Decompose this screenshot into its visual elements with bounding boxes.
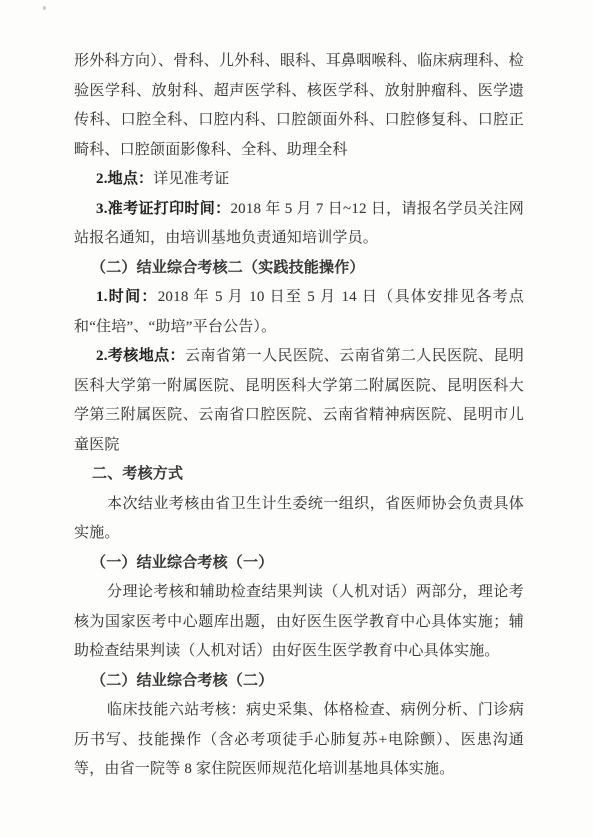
sub-heading-assessment-two: （二）结业综合考核二（实践技能操作） [74, 254, 524, 284]
paragraph-specialty-list: 形外科方向）、骨科、儿外科、眼科、耳鼻咽喉科、临床病理科、检验医学科、放射科、超… [74, 47, 524, 165]
item-text-location: 详见准考证 [153, 171, 229, 187]
numbered-item-exam-sites: 2.考核地点：云南省第一人民医院、云南省第二人民医院、昆明医科大学第一附属医院、… [74, 342, 524, 460]
item-label-location: 2.地点： [96, 171, 153, 187]
item-label-time: 1.时间： [96, 289, 158, 305]
scan-speck [43, 6, 46, 10]
numbered-item-time: 1.时间：2018 年 5 月 10 日至 5 月 14 日（具体安排见各考点和… [74, 283, 524, 342]
document-content: 形外科方向）、骨科、儿外科、眼科、耳鼻咽喉科、临床病理科、检验医学科、放射科、超… [74, 47, 524, 785]
numbered-item-location: 2.地点：详见准考证 [74, 165, 524, 195]
sub-heading-comprehensive-two: （二）结业综合考核（二） [74, 667, 524, 697]
item-label-exam-sites: 2.考核地点： [96, 348, 185, 364]
paragraph-theory-assessment: 分理论考核和辅助检查结果判读（人机对话）两部分，理论考核为国家医考中心题库出题，… [74, 578, 524, 667]
scanned-document-page: 形外科方向）、骨科、儿外科、眼科、耳鼻咽喉科、临床病理科、检验医学科、放射科、超… [0, 0, 593, 837]
paragraph-clinical-skills: 临床技能六站考核：病史采集、体格检查、病例分析、门诊病历书写、技能操作（含必考项… [74, 696, 524, 785]
section-heading-assessment-method: 二、考核方式 [74, 460, 524, 490]
sub-heading-comprehensive-one: （一）结业综合考核（一） [74, 549, 524, 579]
paragraph-organizer: 本次结业考核由省卫生计生委统一组织，省医师协会负责具体实施。 [74, 490, 524, 549]
numbered-item-ticket-print-time: 3.准考证打印时间：2018 年 5 月 7 日~12 日，请报名学员关注网站报… [74, 195, 524, 254]
item-label-ticket-print-time: 3.准考证打印时间： [96, 201, 230, 217]
